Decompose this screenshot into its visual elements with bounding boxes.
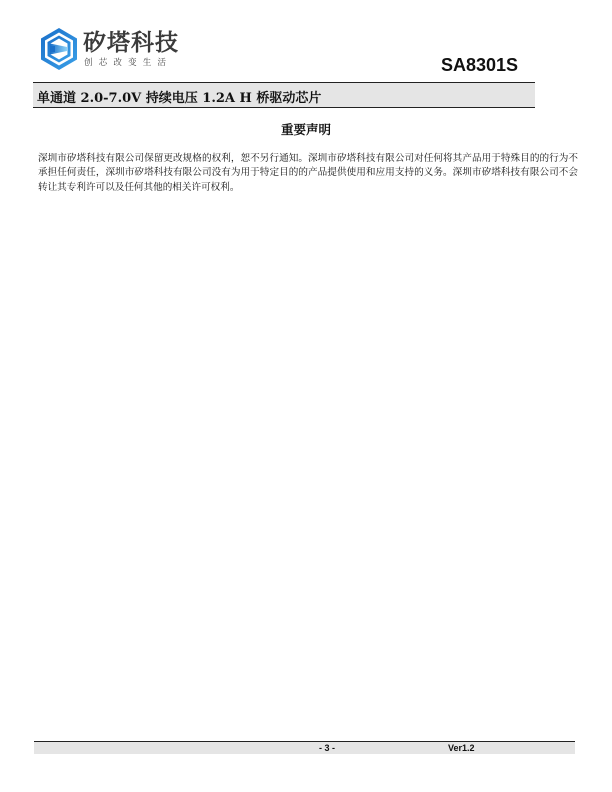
document-title-bar: 单通道 2.0-7.0V 持续电压 1.2A H 桥驱动芯片	[33, 82, 535, 108]
document-title: 单通道 2.0-7.0V 持续电压 1.2A H 桥驱动芯片	[37, 87, 321, 106]
footer-bar: - 3 - Ver1.2	[34, 741, 575, 754]
brand-slogan: 创芯改变生活	[84, 58, 172, 68]
part-number: SA8301S	[441, 55, 518, 76]
version-label: Ver1.2	[448, 742, 475, 754]
section-heading: 重要声明	[0, 120, 612, 138]
notice-paragraph: 深圳市矽塔科技有限公司保留更改规格的权利，恕不另行通知。深圳市矽塔科技有限公司对…	[38, 152, 578, 195]
hexagon-logo-icon	[39, 27, 79, 71]
page-number: - 3 -	[319, 742, 335, 754]
brand-name: 矽塔科技	[83, 30, 179, 56]
